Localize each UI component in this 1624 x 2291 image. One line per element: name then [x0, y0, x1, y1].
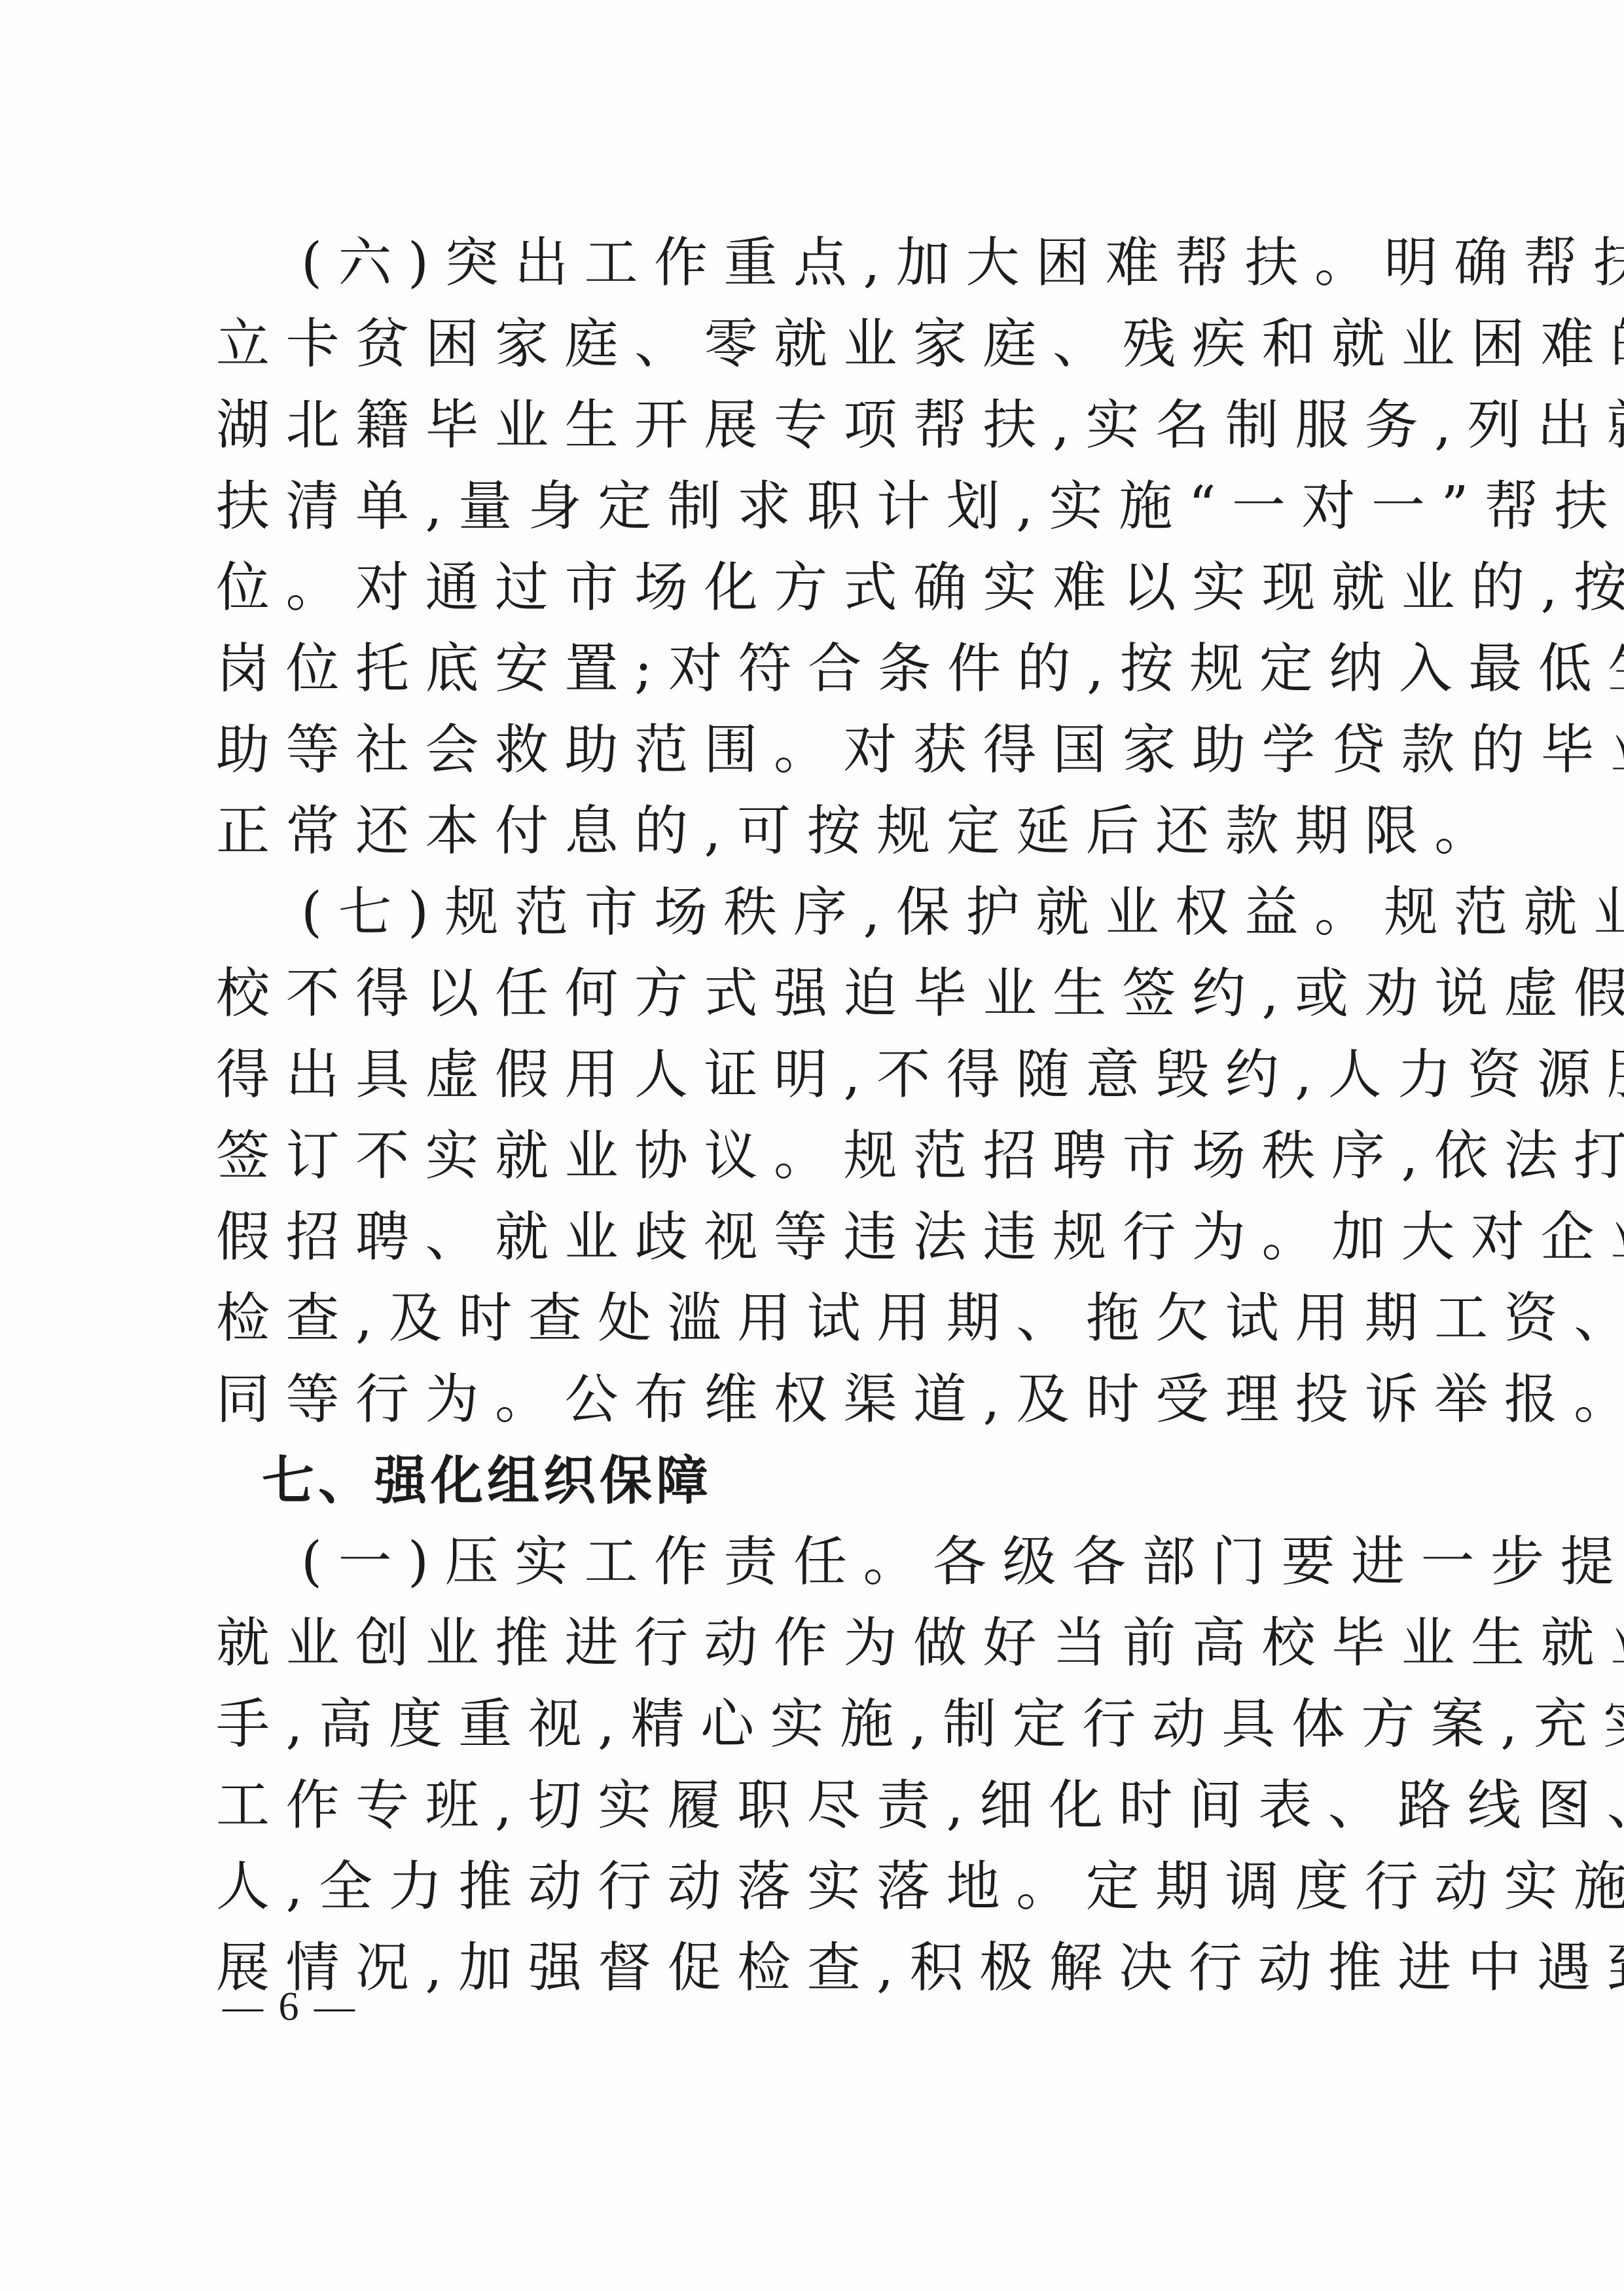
paragraph-item-7-1: (一)压实工作责任。各级各部门要进一步提高政治站位,把 就业创业推进行动作为做好…: [216, 1522, 1414, 2009]
text-line: 助等社会救助范围。对获得国家助学贷款的毕业生,离校后无法: [216, 710, 1414, 791]
text-line: 正常还本付息的,可按规定延后还款期限。: [216, 791, 1414, 872]
text-line: (一)压实工作责任。各级各部门要进一步提高政治站位,把: [216, 1522, 1414, 1603]
page-number: — 6 —: [223, 1984, 357, 2030]
text-line: 岗位托底安置;对符合条件的,按规定纳入最低生活保障、临时救: [216, 629, 1414, 710]
body-text: (六)突出工作重点,加大困难帮扶。明确帮扶重点,对建档 立卡贫困家庭、零就业家庭…: [216, 223, 1414, 2009]
paragraph-item-7: (七)规范市场秩序,保护就业权益。规范就业协议签订,高 校不得以任何方式强迫毕业…: [216, 872, 1414, 1440]
text-line: 手,高度重视,精心实施,制定行动具体方案,充实细化内容,建立: [216, 1684, 1414, 1765]
text-line: 签订不实就业协议。规范招聘市场秩序,依法打击“黑中介”、虚: [216, 1116, 1414, 1197]
text-line: 人,全力推动行动落实落地。定期调度行动实施和毕业生帮扶进: [216, 1846, 1414, 1928]
text-line: 假招聘、就业歧视等违法违规行为。加大对企业用工行为的监督: [216, 1197, 1414, 1278]
text-line: 检查,及时查处滥用试用期、拖欠试用期工资、不依法签订劳动合: [216, 1278, 1414, 1359]
paragraph-item-6: (六)突出工作重点,加大困难帮扶。明确帮扶重点,对建档 立卡贫困家庭、零就业家庭…: [216, 223, 1414, 872]
text-line: 扶清单,量身定制求职计划,实施“一对一”帮扶,优先推荐就业岗: [216, 466, 1414, 547]
text-line: (七)规范市场秩序,保护就业权益。规范就业协议签订,高: [216, 872, 1414, 953]
text-line: 校不得以任何方式强迫毕业生签约,或劝说虚假签约,用人单位不: [216, 953, 1414, 1035]
text-line: 得出具虚假用人证明,不得随意毁约,人力资源服务机构不得参与: [216, 1035, 1414, 1116]
text-line: 位。对通过市场化方式确实难以实现就业的,按规定利用公益性: [216, 547, 1414, 629]
chapter-heading: 七、强化组织保障: [216, 1440, 1414, 1522]
text-line: 同等行为。公布维权渠道,及时受理投诉举报。: [216, 1359, 1414, 1440]
text-line: (六)突出工作重点,加大困难帮扶。明确帮扶重点,对建档: [216, 223, 1414, 304]
document-page: (六)突出工作重点,加大困难帮扶。明确帮扶重点,对建档 立卡贫困家庭、零就业家庭…: [0, 0, 1624, 2291]
text-line: 就业创业推进行动作为做好当前高校毕业生就业工作的重要抓: [216, 1603, 1414, 1684]
text-line: 展情况,加强督促检查,积极解决行动推进中遇到的困难和问题。: [216, 1928, 1414, 2009]
text-line: 湖北籍毕业生开展专项帮扶,实名制服务,列出就业需求清单、帮: [216, 385, 1414, 466]
text-line: 工作专班,切实履职尽责,细化时间表、路线图、任务书,明确责任: [216, 1765, 1414, 1846]
text-line: 立卡贫困家庭、零就业家庭、残疾和就业困难的少数民族毕业生、: [216, 304, 1414, 385]
